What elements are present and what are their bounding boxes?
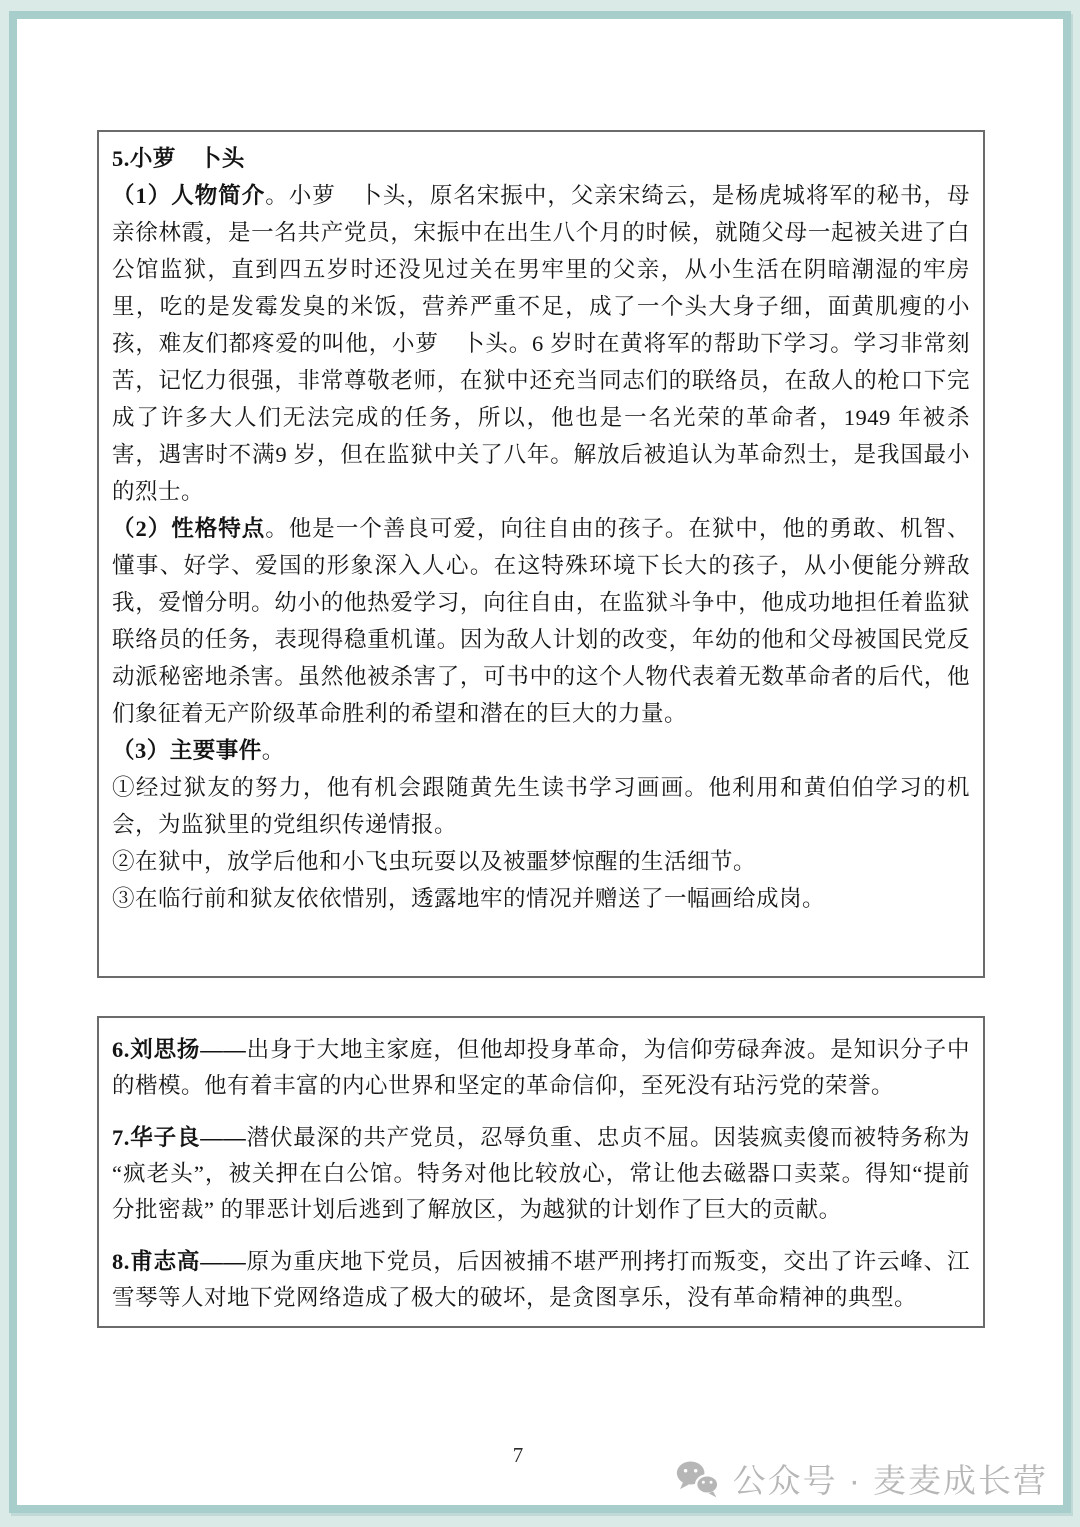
wechat-icon <box>675 1459 721 1499</box>
section-events-punct: 。 <box>262 738 285 763</box>
character-huaziliang-name: 7.华子良—— <box>112 1125 246 1150</box>
section-events-heading: （3）主要事件。 <box>112 732 970 769</box>
document-page: { "page": { "number": "7" }, "watermark"… <box>0 0 1080 1527</box>
event-item-3: ③在临行前和狱友依依惜别，透露地牢的情况并赠送了一幅画给成岗。 <box>112 880 970 917</box>
box1-title: 5.小萝 卜头 <box>112 140 970 177</box>
section-profile: （1）人物简介。小萝 卜头，原名宋振中，父亲宋绮云，是杨虎城将军的秘书，母亲徐林… <box>112 177 970 510</box>
watermark: 公众号 · 麦麦成长营 <box>675 1455 1048 1502</box>
character-fuzhigao-name: 8.甫志高—— <box>112 1249 246 1274</box>
section-profile-label: （1）人物简介 <box>112 183 265 208</box>
section-events-label: （3）主要事件 <box>112 738 262 763</box>
character-liusiyang: 6.刘思扬——出身于大地主家庭，但他却投身革命，为信仰劳碌奔波。是知识分子中的楷… <box>112 1032 970 1104</box>
section-personality: （2）性格特点。他是一个善良可爱，向往自由的孩子。在狱中，他的勇敢、机智、懂事、… <box>112 510 970 732</box>
watermark-text: 公众号 · 麦麦成长营 <box>733 1455 1048 1502</box>
character-box-xiaoluobotou: 5.小萝 卜头 （1）人物简介。小萝 卜头，原名宋振中，父亲宋绮云，是杨虎城将军… <box>97 130 985 978</box>
character-huaziliang: 7.华子良——潜伏最深的共产党员，忍辱负重、忠贞不屈。因装疯卖傻而被特务称为“疯… <box>112 1120 970 1228</box>
event-item-2: ②在狱中，放学后他和小飞虫玩耍以及被噩梦惊醒的生活细节。 <box>112 843 970 880</box>
character-box-others: 6.刘思扬——出身于大地主家庭，但他却投身革命，为信仰劳碌奔波。是知识分子中的楷… <box>97 1016 985 1328</box>
section-profile-body: 。小萝 卜头，原名宋振中，父亲宋绮云，是杨虎城将军的秘书，母亲徐林霞，是一名共产… <box>112 183 970 504</box>
character-fuzhigao: 8.甫志高——原为重庆地下党员，后因被捕不堪严刑拷打而叛变，交出了许云峰、江雪琴… <box>112 1244 970 1316</box>
event-item-1: ①经过狱友的努力，他有机会跟随黄先生读书学习画画。他利用和黄伯伯学习的机会，为监… <box>112 769 970 843</box>
section-personality-body: 。他是一个善良可爱，向往自由的孩子。在狱中，他的勇敢、机智、懂事、好学、爱国的形… <box>112 516 970 726</box>
character-liusiyang-name: 6.刘思扬—— <box>112 1037 246 1062</box>
section-personality-label: （2）性格特点 <box>112 516 265 541</box>
